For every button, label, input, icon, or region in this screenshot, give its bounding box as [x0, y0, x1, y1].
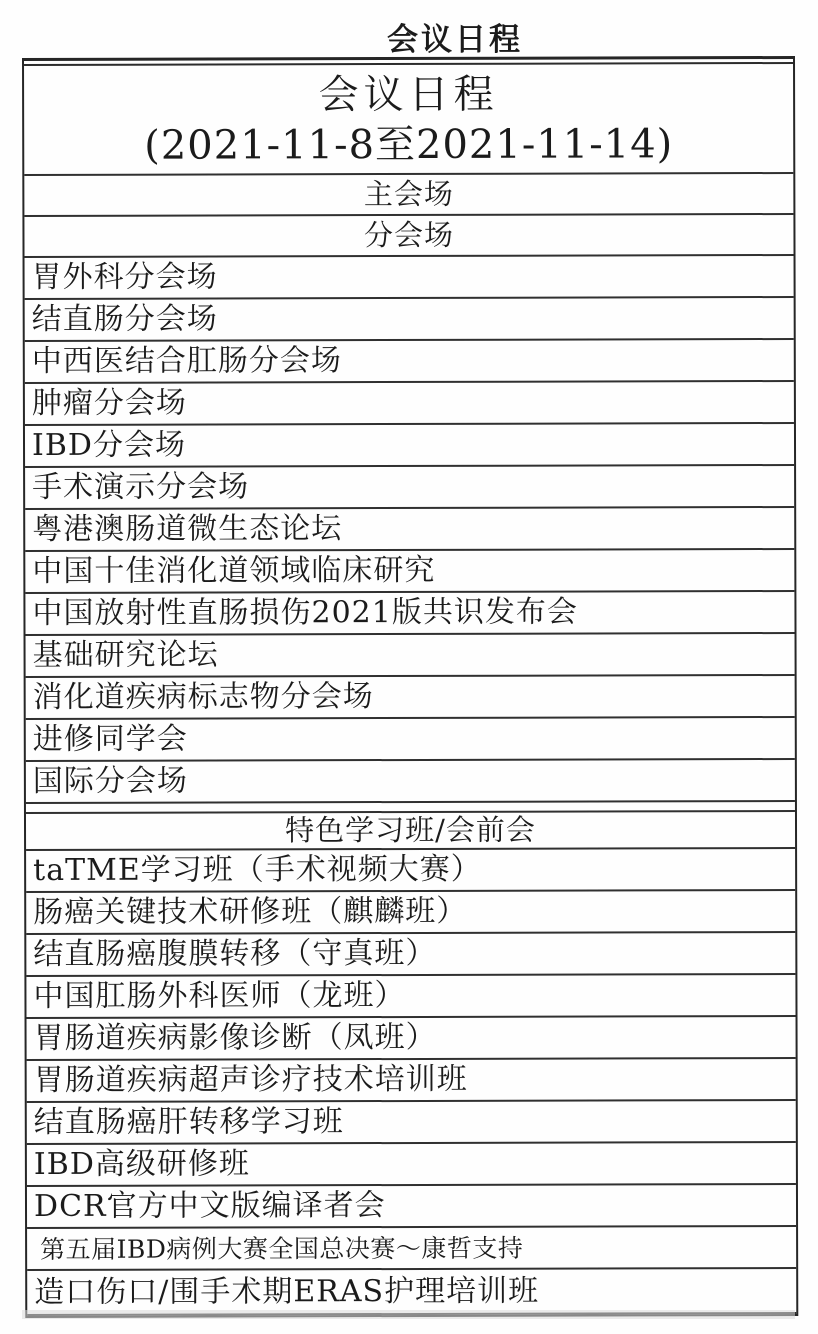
- table-row: 基础研究论坛: [26, 634, 795, 678]
- table-row: 消化道疾病标志物分会场: [26, 676, 795, 720]
- table-row: 结直肠分会场: [25, 298, 794, 342]
- scanned-document-page: 会议日程 会议日程 (2021-11-8至2021-11-14) 主会场 分会场…: [0, 0, 818, 1334]
- table-row: IBD分会场: [25, 424, 794, 468]
- table-date-range: (2021-11-8至2021-11-14): [24, 120, 793, 170]
- table-row: 中西医结合肛肠分会场: [25, 340, 794, 384]
- table-row: 胃肠道疾病超声诊疗技术培训班: [27, 1059, 796, 1103]
- venue-rows-section: 胃外科分会场结直肠分会场中西医结合肛肠分会场肿瘤分会场IBD分会场手术演示分会场…: [25, 256, 795, 804]
- table-row: 中国放射性直肠损伤2021版共识发布会: [25, 592, 794, 636]
- page-title: 会议日程: [0, 14, 818, 59]
- table-row: 中国十佳消化道领域临床研究: [25, 550, 794, 594]
- table-row: taTME学习班（手术视频大赛）: [26, 849, 795, 893]
- table-row: 中国肛肠外科医师（龙班）: [26, 975, 795, 1019]
- table-row: 胃外科分会场: [25, 256, 794, 300]
- table-row: 肠癌关键技术研修班（麒麟班）: [26, 891, 795, 935]
- table-row: 国际分会场: [26, 760, 795, 804]
- table-row: 进修同学会: [26, 718, 795, 762]
- table-row: 结直肠癌腹膜转移（守真班）: [26, 933, 795, 977]
- table-row: 结直肠癌肝转移学习班: [27, 1101, 796, 1145]
- special-session-header: 特色学习班/会前会: [26, 812, 795, 851]
- schedule-table: 会议日程 (2021-11-8至2021-11-14) 主会场 分会场 胃外科分…: [22, 56, 798, 1318]
- table-row: 造口伤口/围手术期ERAS护理培训班: [27, 1269, 796, 1316]
- main-venue-header: 主会场: [24, 174, 793, 217]
- table-row: 粤港澳肠道微生态论坛: [25, 508, 794, 552]
- table-row: IBD高级研修班: [27, 1143, 796, 1187]
- table-row: 肿瘤分会场: [25, 382, 794, 426]
- class-rows-section: taTME学习班（手术视频大赛）肠癌关键技术研修班（麒麟班）结直肠癌腹膜转移（守…: [26, 849, 796, 1316]
- scan-edge-artifact: [22, 1310, 795, 1319]
- table-header-cell: 会议日程 (2021-11-8至2021-11-14): [24, 64, 793, 176]
- sub-venue-header: 分会场: [24, 215, 793, 258]
- table-row: DCR官方中文版编译者会: [27, 1185, 796, 1229]
- table-row: 第五届IBD病例大赛全国总决赛～康哲支持: [27, 1227, 796, 1271]
- table-title: 会议日程: [24, 68, 793, 122]
- table-row: 胃肠道疾病影像诊断（凤班）: [27, 1017, 796, 1061]
- table-row: 手术演示分会场: [25, 466, 794, 510]
